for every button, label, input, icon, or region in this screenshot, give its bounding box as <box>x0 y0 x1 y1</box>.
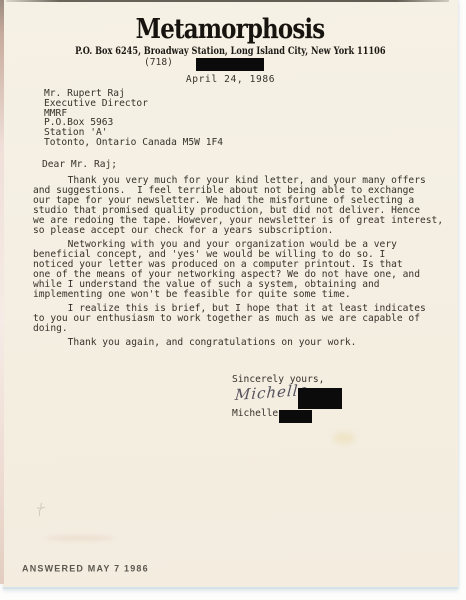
paragraph-2: Networking with you and your organizatio… <box>33 240 443 301</box>
letterhead-phone-line: (718) <box>144 57 264 71</box>
paragraph-3: I realize this is brief, but I hope that… <box>33 304 443 334</box>
letterhead-title: Metamorphosis <box>3 14 458 45</box>
letter-date: April 24, 1986 <box>3 74 458 85</box>
salutation: Dear Mr. Raj; <box>42 159 117 170</box>
letter-body: Thank you very much for your kind letter… <box>33 176 443 351</box>
scanned-letter: Metamorphosis P.O. Box 6245, Broadway St… <box>0 0 466 600</box>
redaction-box-typed-surname <box>279 410 312 423</box>
paragraph-1: Thank you very much for your kind letter… <box>33 176 443 237</box>
letterhead-address-text: P.O. Box 6245, Broadway Station, Long Is… <box>75 46 385 57</box>
paper-smudge-faint <box>45 536 115 540</box>
scan-left-edge <box>0 0 4 584</box>
phone-area-code: (718) <box>144 57 173 68</box>
answered-stamp: ANSWERED MAY 7 1986 <box>22 563 149 574</box>
closing-line: Thank you again, and congratulations on … <box>33 338 443 348</box>
typed-name: Michelle <box>232 408 278 419</box>
redaction-box-phone-number <box>196 58 264 71</box>
letterhead-address: P.O. Box 6245, Broadway Station, Long Is… <box>3 46 458 57</box>
letter-paper: Metamorphosis P.O. Box 6245, Broadway St… <box>3 0 458 589</box>
paper-smudge <box>333 432 355 444</box>
scan-top-edge <box>6 0 449 2</box>
letterhead-title-text: Metamorphosis <box>136 14 325 45</box>
pencil-mark <box>33 502 49 518</box>
recipient-address-block: Mr. Rupert Raj Executive Director MMRF P… <box>44 89 223 148</box>
redaction-box-signature-surname <box>298 388 342 409</box>
